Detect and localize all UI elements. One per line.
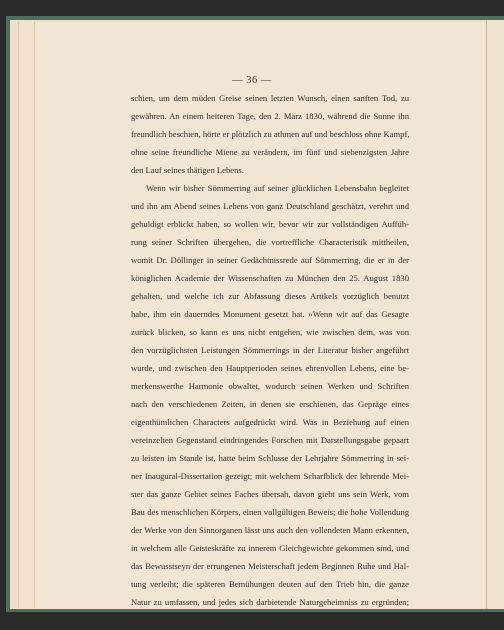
- next-page-edge: [487, 20, 504, 609]
- text-line: gewähren. An einem heiteren Tage, den 2.…: [131, 107, 409, 125]
- text-line: den Lauf seines thätigen Lebens.: [131, 161, 409, 179]
- text-line: schien, um dem müden Greise seinen letzt…: [131, 89, 409, 107]
- text-line: und ihn am Abend seines Lebens von ganz …: [131, 197, 409, 215]
- paragraph-2: Wenn wir bisher Sömmerring auf seiner gl…: [131, 179, 409, 629]
- text-line: das Bewusstseyn der errungenen Meistersc…: [131, 557, 409, 575]
- text-line: ein Begehren, welches gar leicht in eine…: [131, 611, 409, 629]
- page-number: — 36 —: [0, 75, 504, 86]
- text-line: merkenswerthe Harmonie obwaltet, wodurch…: [131, 377, 409, 395]
- text-line: wurde, und zwischen den Hauptperioden se…: [131, 359, 409, 377]
- text-line: gehalten, und welche ich zur Abfassung d…: [131, 287, 409, 305]
- text-line: gehuldigt erblickt haben, so wollen wir,…: [131, 215, 409, 233]
- text-line: Bau des menschlichen Körpers, einen voll…: [131, 503, 409, 521]
- text-line: eigenthümlichen Characters aufgedrückt w…: [131, 413, 409, 431]
- text-line: womit Dr. Döllinger in seiner Gedächtnis…: [131, 251, 409, 269]
- text-line: freundlich beschien, hörte er plötzlich …: [131, 125, 409, 143]
- text-line: ner Inaugural-Dissertation gezeigt; mit …: [131, 467, 409, 485]
- text-line: nach den verschiedenen Zeiten, in denen …: [131, 395, 409, 413]
- text-line: vereinzelten Gegenstand eindringendes Fo…: [131, 431, 409, 449]
- body-text: schien, um dem müden Greise seinen letzt…: [131, 89, 409, 629]
- text-line: rung seiner Schriften übergehen, die vor…: [131, 233, 409, 251]
- text-line: habe, ihm ein dauerndes Monument gesetzt…: [131, 305, 409, 323]
- text-line: ster das ganze Gebiet seines Faches über…: [131, 485, 409, 503]
- paragraph-1: schien, um dem müden Greise seinen letzt…: [131, 89, 409, 179]
- text-line: Wenn wir bisher Sömmerring auf seiner gl…: [131, 179, 409, 197]
- text-line: ohne seine freundliche Miene zu veränder…: [131, 143, 409, 161]
- text-line: tung verleiht; die späteren Bemühungen d…: [131, 575, 409, 593]
- text-line: zu leisten im Stande ist, hatte beim Sch…: [131, 449, 409, 467]
- text-line: königlichen Academie der Wissenschaften …: [131, 269, 409, 287]
- text-line: der Werke von den Sinnorganen lässt uns …: [131, 521, 409, 539]
- text-line: den vorzüglichsten Leistungen Sömmerring…: [131, 341, 409, 359]
- text-line: Natur zu umfassen, und jedes sich darbie…: [131, 593, 409, 611]
- text-line: zurück blicken, so kann es uns nicht ent…: [131, 323, 409, 341]
- text-line: in welchem alle Geisteskräfte zu innerem…: [131, 539, 409, 557]
